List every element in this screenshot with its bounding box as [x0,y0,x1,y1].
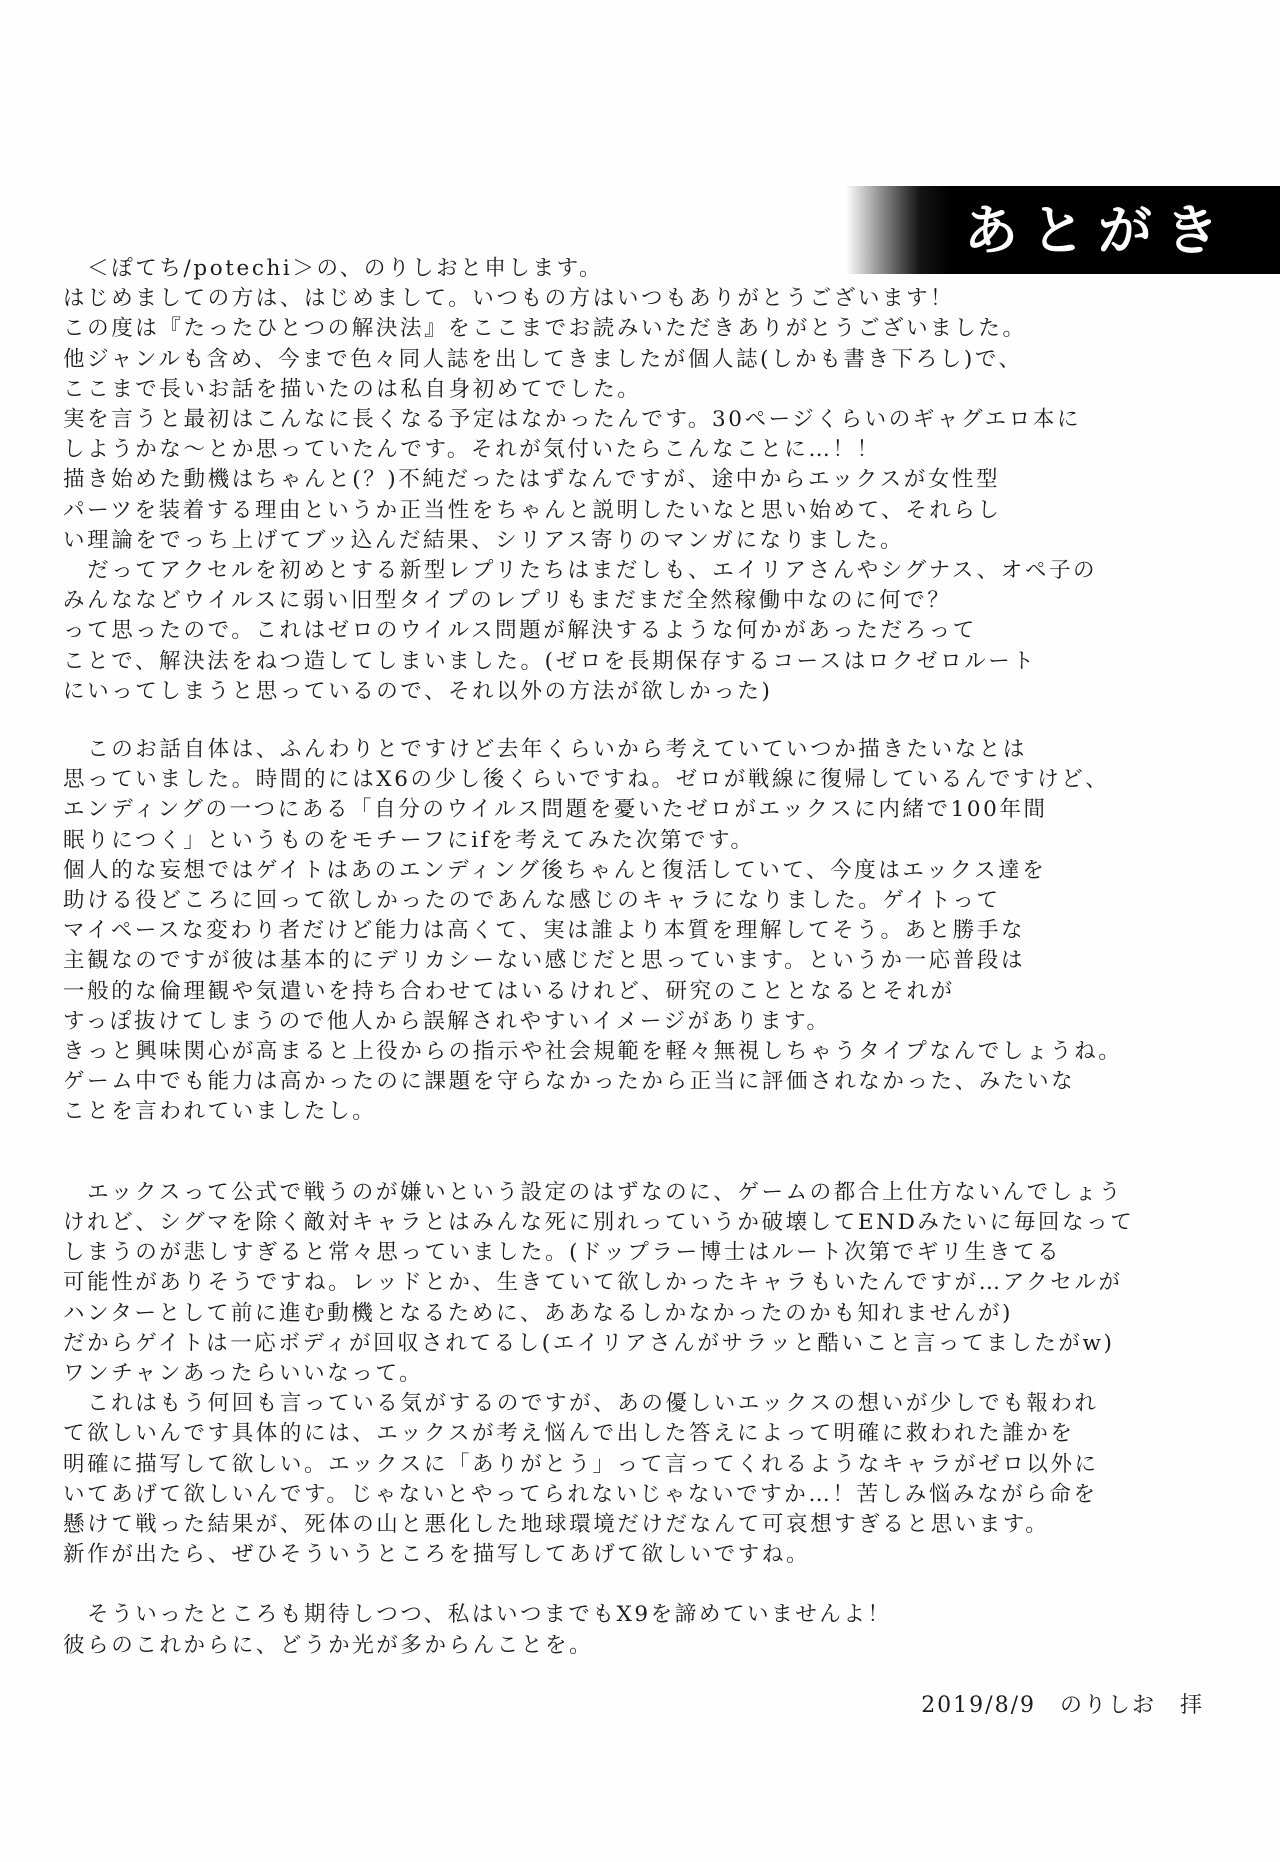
text-line: ことで、解決法をねつ造してしまいました。(ゼロを長期保存するコースはロクゼロルー… [63,647,1260,677]
paragraph-1: ＜ぽてち/potechi＞の、のりしおと申します。はじめましての方は、はじめまし… [63,254,1260,707]
text-line: だってアクセルを初めとする新型レプリたちはまだしも、エイリアさんやシグナス、オペ… [63,556,1260,586]
text-line: すっぽ抜けてしまうので他人から誤解されやすいイメージがあります。 [63,1007,1260,1037]
page-title: あとがき [894,203,1232,257]
text-line: 新作が出たら、ぜひそういうところを描写してあげて欲しいですね。 [63,1540,1260,1570]
text-line: ことを言われていましたし。 [63,1097,1260,1127]
text-line: 彼らのこれからに、どうか光が多からんことを。 [63,1631,1260,1661]
text-line: けれど、シグマを除く敵対キャラとはみんな死に別れっていうか破壊してENDみたいに… [63,1208,1260,1238]
text-line: 個人的な妄想ではゲイトはあのエンディング後ちゃんと復活していて、今度はエックス達… [63,856,1260,886]
text-line: いてあげて欲しいんです。じゃないとやってられないじゃないですか…！苦しみ悩みなが… [63,1480,1260,1510]
text-line: しまうのが悲しすぎると常々思っていました。(ドップラー博士はルート次第でギリ生き… [63,1238,1260,1268]
text-line: エックスって公式で戦うのが嫌いという設定のはずなのに、ゲームの都合上仕方ないんで… [63,1178,1260,1208]
text-line: ハンターとして前に進む動機となるために、ああなるしかなかったのかも知れませんが) [63,1299,1260,1329]
text-line: はじめましての方は、はじめまして。いつもの方はいつもありがとうございます！ [63,284,1260,314]
text-line: 主観なのですが彼は基本的にデリカシーない感じだと思っています。というか一応普段は [63,946,1260,976]
text-line: 可能性がありそうですね。レッドとか、生きていて欲しかったキャラもいたんですが…ア… [63,1268,1260,1298]
text-line: 懸けて戦った結果が、死体の山と悪化した地球環境だけだなんて可哀想すぎると思います… [63,1510,1260,1540]
text-line: ゲーム中でも能力は高かったのに課題を守らなかったから正当に評価されなかった、みた… [63,1067,1260,1097]
text-line: パーツを装着する理由というか正当性をちゃんと説明したいなと思い始めて、それらし [63,496,1260,526]
text-line: ここまで長いお話を描いたのは私自身初めてでした。 [63,375,1260,405]
text-line: 思っていました。時間的にはX6の少し後くらいですね。ゼロが戦線に復帰しているんで… [63,765,1260,795]
text-line: ＜ぽてち/potechi＞の、のりしおと申します。 [63,254,1260,284]
text-line: エンディングの一つにある「自分のウイルス問題を憂いたゼロがエックスに内緒で100… [63,795,1260,825]
paragraph-4: そういったところも期待しつつ、私はいつまでもX9を諦めていませんよ！彼らのこれか… [63,1600,1260,1660]
text-line: い理論をでっち上げてブッ込んだ結果、シリアス寄りのマンガになりました。 [63,526,1260,556]
text-line: この度は『たったひとつの解決法』をここまでお読みいただきありがとうございました。 [63,314,1260,344]
text-line: て欲しいんです具体的には、エックスが考え悩んで出した答えによって明確に救われた誰… [63,1419,1260,1449]
text-line: そういったところも期待しつつ、私はいつまでもX9を諦めていませんよ！ [63,1600,1260,1630]
text-line: 眠りにつく」というものをモチーフにifを考えてみた次第です。 [63,826,1260,856]
afterword-page: あとがき ＜ぽてち/potechi＞の、のりしおと申します。はじめましての方は、… [0,0,1280,1862]
text-line: 他ジャンルも含め、今まで色々同人誌を出してきましたが個人誌(しかも書き下ろし)で… [63,345,1260,375]
text-line: にいってしまうと思っているので、それ以外の方法が欲しかった) [63,677,1260,707]
text-line: 一般的な倫理観や気遣いを持ち合わせてはいるけれど、研究のこととなるとそれが [63,977,1260,1007]
text-line: このお話自体は、ふんわりとですけど去年くらいから考えていていつか描きたいなとは [63,735,1260,765]
text-line: これはもう何回も言っている気がするのですが、あの優しいエックスの想いが少しでも報… [63,1389,1260,1419]
date-signature: 2019/8/9 のりしお 拝 [921,1688,1204,1719]
text-line: 実を言うと最初はこんなに長くなる予定はなかったんです。30ページくらいのギャグエ… [63,405,1260,435]
text-line: ワンチャンあったらいいなって。 [63,1359,1260,1389]
text-line: 助ける役どころに回って欲しかったのであんな感じのキャラになりました。ゲイトって [63,886,1260,916]
paragraph-2: このお話自体は、ふんわりとですけど去年くらいから考えていていつか描きたいなとは思… [63,735,1260,1128]
paragraph-3: エックスって公式で戦うのが嫌いという設定のはずなのに、ゲームの都合上仕方ないんで… [63,1178,1260,1571]
text-line: 描き始めた動機はちゃんと(？)不純だったはずなんですが、途中からエックスが女性型 [63,465,1260,495]
text-line: だからゲイトは一応ボディが回収されてるし(エイリアさんがサラッと酷いこと言ってま… [63,1329,1260,1359]
text-line: きっと興味関心が高まると上役からの指示や社会規範を軽々無視しちゃうタイプなんでし… [63,1037,1260,1067]
text-line: マイペースな変わり者だけど能力は高くて、実は誰より本質を理解してそう。あと勝手な [63,916,1260,946]
text-line: しようかな〜とか思っていたんです。それが気付いたらこんなことに…！！ [63,435,1260,465]
text-line: みんななどウイルスに弱い旧型タイプのレプリもまだまだ全然稼働中なのに何で？ [63,586,1260,616]
text-line: って思ったので。これはゼロのウイルス問題が解決するような何かがあっただろって [63,616,1260,646]
afterword-body: ＜ぽてち/potechi＞の、のりしおと申します。はじめましての方は、はじめまし… [63,254,1260,1661]
text-line: 明確に描写して欲しい。エックスに「ありがとう」って言ってくれるようなキャラがゼロ… [63,1450,1260,1480]
